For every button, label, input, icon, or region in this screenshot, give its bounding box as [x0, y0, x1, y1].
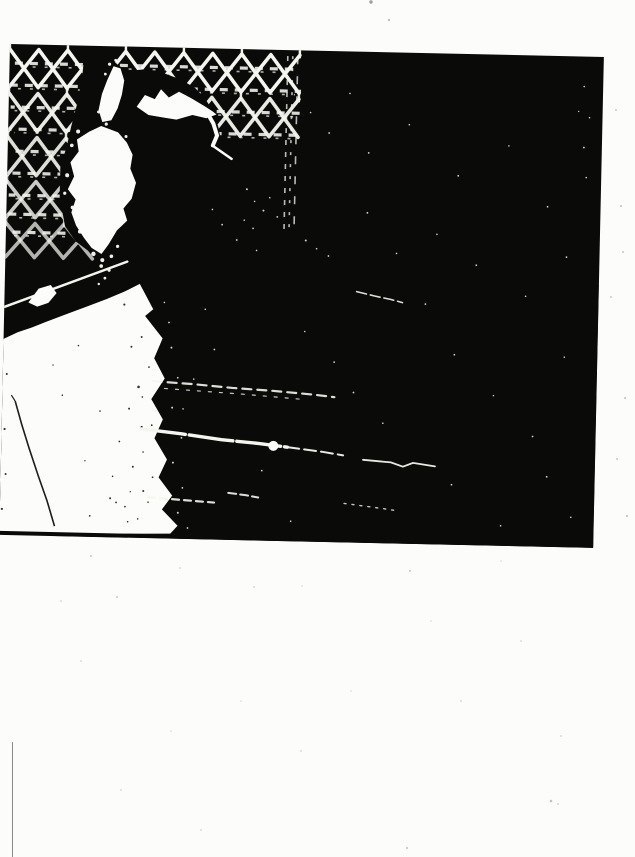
scan-page — [0, 0, 635, 857]
photo-content — [0, 44, 604, 548]
photograph — [0, 44, 604, 548]
